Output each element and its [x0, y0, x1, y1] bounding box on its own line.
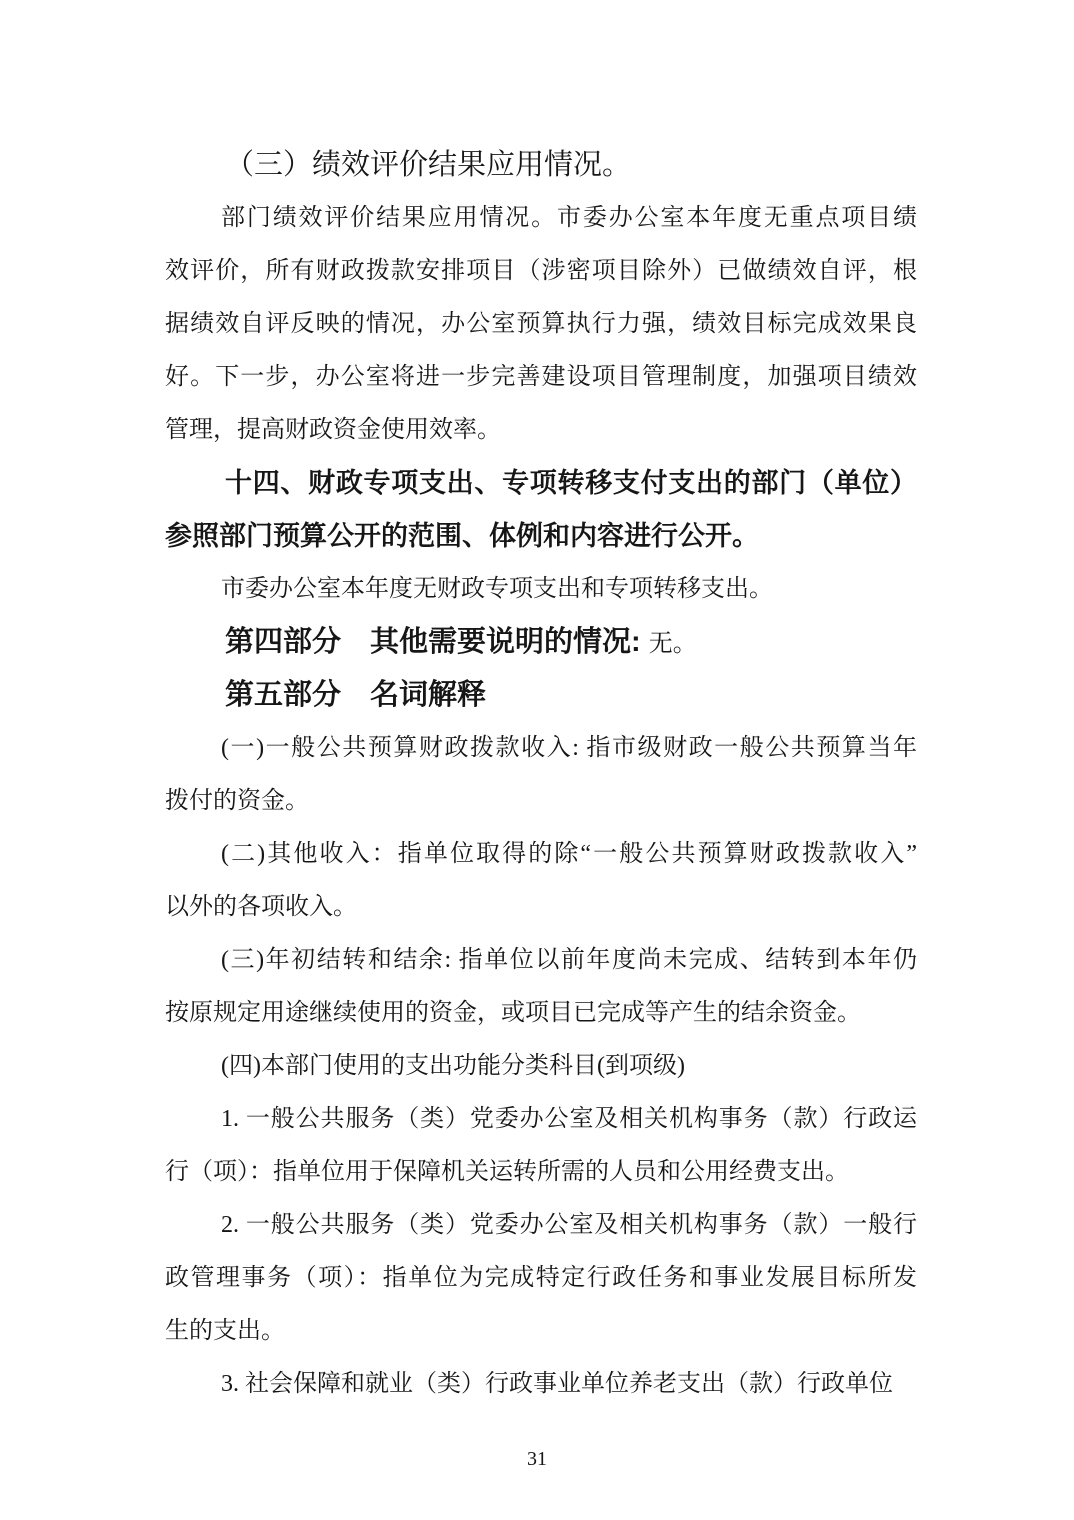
- document-heading: （三）绩效评价结果应用情况。: [165, 139, 917, 192]
- text-line: （三）绩效评价结果应用情况。: [165, 139, 917, 192]
- document-paragraph: 3. 社会保障和就业（类）行政事业单位养老支出（款）行政单位: [165, 1358, 917, 1411]
- document-heading: 第四部分 其他需要说明的情况: 无。: [165, 616, 917, 669]
- document-heading: 十四、财政专项支出、专项转移支付支出的部门（单位）参照部门预算公开的范围、体例和…: [165, 457, 917, 563]
- document-paragraph: 市委办公室本年度无财政专项支出和专项转移支出。: [165, 563, 917, 616]
- document-page: （三）绩效评价结果应用情况。部门绩效评价结果应用情况。市委办公室本年度无重点项目…: [0, 0, 1074, 1520]
- text-line: 以外的各项收入。: [165, 881, 917, 934]
- text-line: 1. 一般公共服务（类）党委办公室及相关机构事务（款）行政运: [165, 1093, 917, 1146]
- text-line: 十四、财政专项支出、专项转移支付支出的部门（单位）: [165, 457, 917, 510]
- text-line: 行（项）：指单位用于保障机关运转所需的人员和公用经费支出。: [165, 1146, 917, 1199]
- text-line: 政管理事务（项）：指单位为完成特定行政任务和事业发展目标所发: [165, 1252, 917, 1305]
- document-paragraph: 2. 一般公共服务（类）党委办公室及相关机构事务（款）一般行政管理事务（项）：指…: [165, 1199, 917, 1358]
- text-line: 部门绩效评价结果应用情况。市委办公室本年度无重点项目绩: [165, 192, 917, 245]
- document-paragraph: (二)其他收入：指单位取得的除“一般公共预算财政拨款收入”以外的各项收入。: [165, 828, 917, 934]
- text-line: 参照部门预算公开的范围、体例和内容进行公开。: [165, 510, 917, 563]
- text-segment: 第四部分 其他需要说明的情况:: [225, 626, 649, 658]
- text-segment: 无。: [649, 631, 697, 657]
- document-paragraph: (一)一般公共预算财政拨款收入: 指市级财政一般公共预算当年拨付的资金。: [165, 722, 917, 828]
- text-line: 效评价，所有财政拨款安排项目（涉密项目除外）已做绩效自评，根: [165, 245, 917, 298]
- document-paragraph: 部门绩效评价结果应用情况。市委办公室本年度无重点项目绩效评价，所有财政拨款安排项…: [165, 192, 917, 457]
- text-line: 3. 社会保障和就业（类）行政事业单位养老支出（款）行政单位: [165, 1358, 917, 1411]
- text-line: 好。下一步，办公室将进一步完善建设项目管理制度，加强项目绩效: [165, 351, 917, 404]
- page-number: 31: [0, 1448, 1074, 1471]
- text-line: 管理，提高财政资金使用效率。: [165, 404, 917, 457]
- text-line: 生的支出。: [165, 1305, 917, 1358]
- document-paragraph: (四)本部门使用的支出功能分类科目(到项级): [165, 1040, 917, 1093]
- text-line: 拨付的资金。: [165, 775, 917, 828]
- text-line: (三)年初结转和结余: 指单位以前年度尚未完成、结转到本年仍: [165, 934, 917, 987]
- text-line: 第五部分 名词解释: [165, 669, 917, 722]
- text-line: 市委办公室本年度无财政专项支出和专项转移支出。: [165, 563, 917, 616]
- text-line: 第四部分 其他需要说明的情况: 无。: [165, 616, 917, 669]
- text-line: 据绩效自评反映的情况，办公室预算执行力强，绩效目标完成效果良: [165, 298, 917, 351]
- text-line: 2. 一般公共服务（类）党委办公室及相关机构事务（款）一般行: [165, 1199, 917, 1252]
- document-paragraph: 1. 一般公共服务（类）党委办公室及相关机构事务（款）行政运行（项）：指单位用于…: [165, 1093, 917, 1199]
- document-heading: 第五部分 名词解释: [165, 669, 917, 722]
- text-line: (二)其他收入：指单位取得的除“一般公共预算财政拨款收入”: [165, 828, 917, 881]
- document-content: （三）绩效评价结果应用情况。部门绩效评价结果应用情况。市委办公室本年度无重点项目…: [165, 139, 917, 1411]
- text-line: (四)本部门使用的支出功能分类科目(到项级): [165, 1040, 917, 1093]
- text-line: (一)一般公共预算财政拨款收入: 指市级财政一般公共预算当年: [165, 722, 917, 775]
- document-paragraph: (三)年初结转和结余: 指单位以前年度尚未完成、结转到本年仍按原规定用途继续使用…: [165, 934, 917, 1040]
- text-line: 按原规定用途继续使用的资金，或项目已完成等产生的结余资金。: [165, 987, 917, 1040]
